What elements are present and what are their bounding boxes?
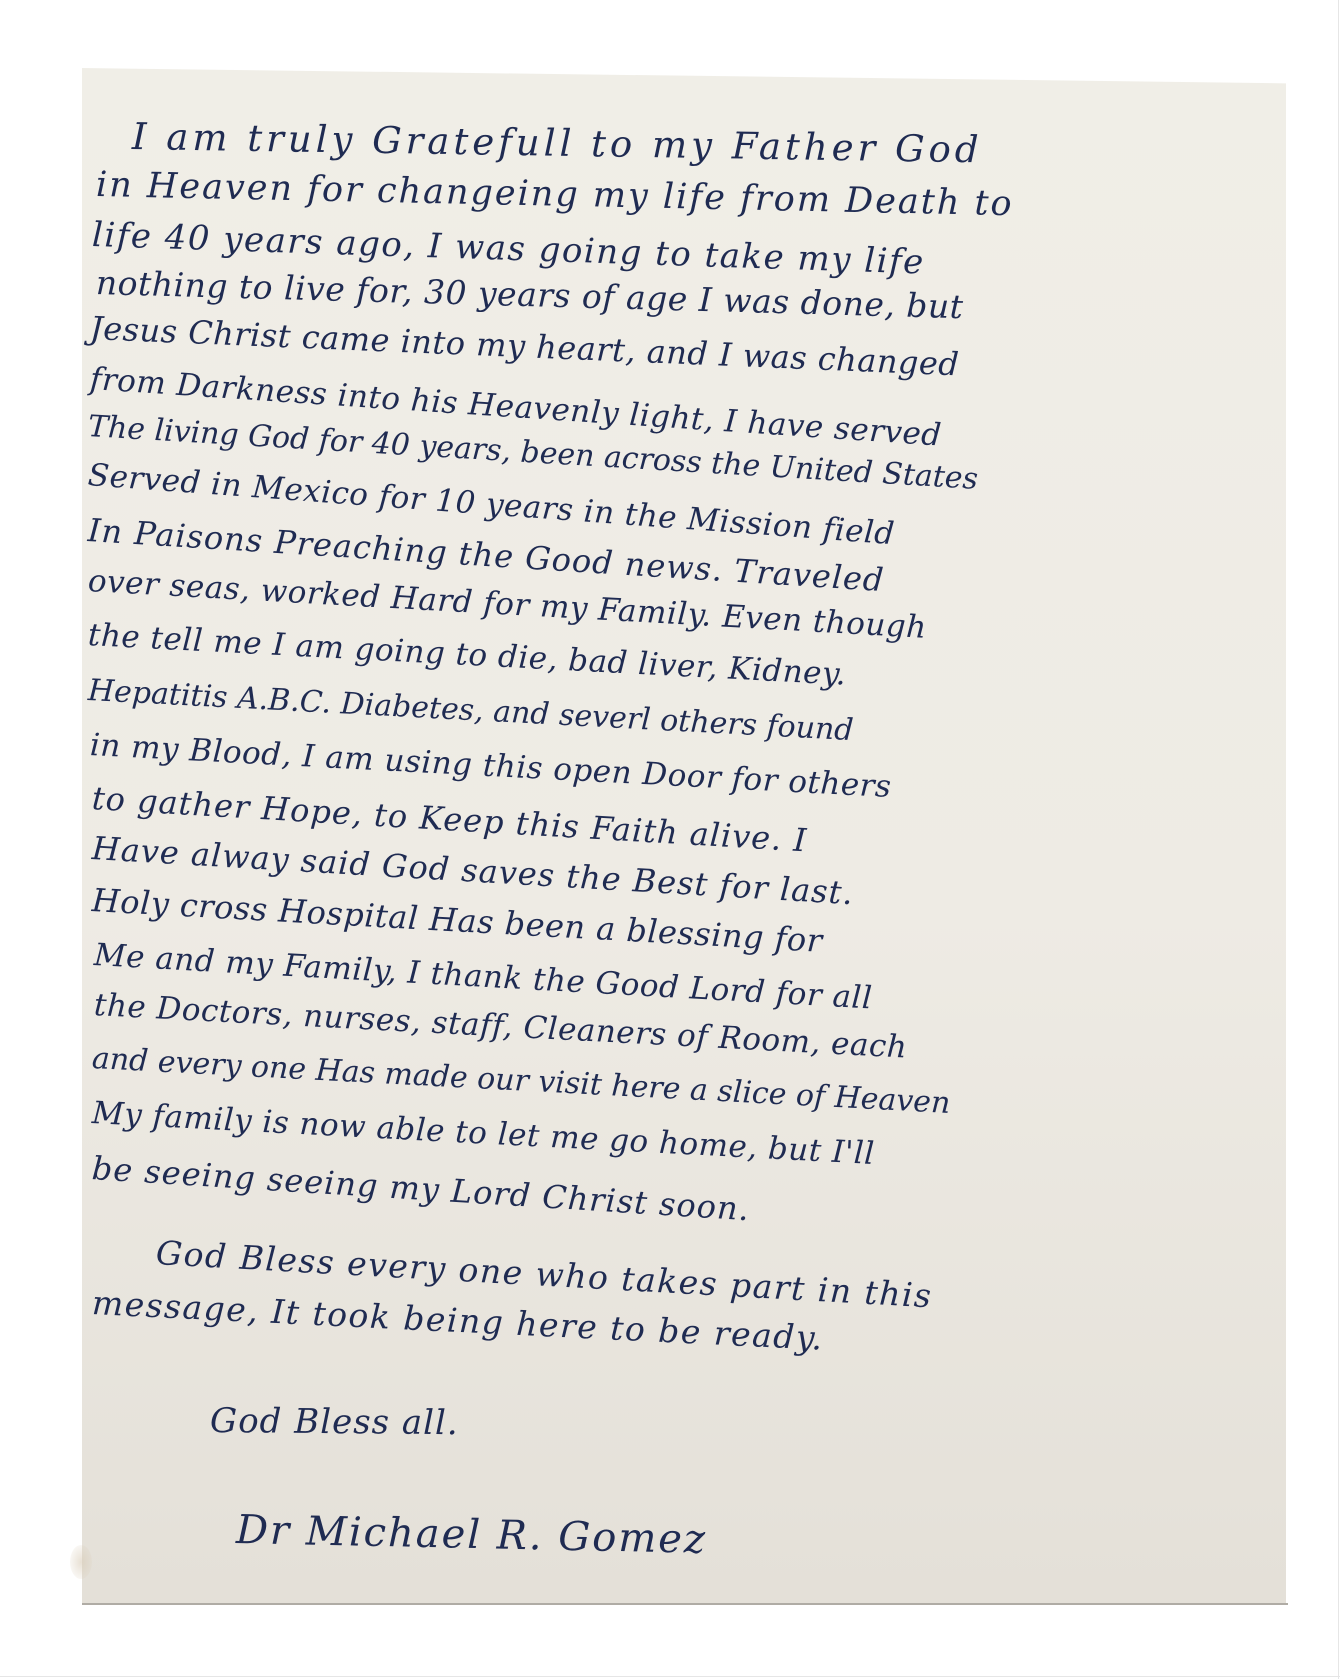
signature: Dr Michael R. Gomez — [236, 1510, 708, 1560]
image-border-right — [1338, 0, 1339, 1679]
image-border-bottom — [0, 1676, 1340, 1677]
paper-stain — [70, 1545, 92, 1579]
paper-bottom-edge — [82, 1603, 1288, 1605]
closing-blessing: God Bless all. — [210, 1404, 459, 1440]
